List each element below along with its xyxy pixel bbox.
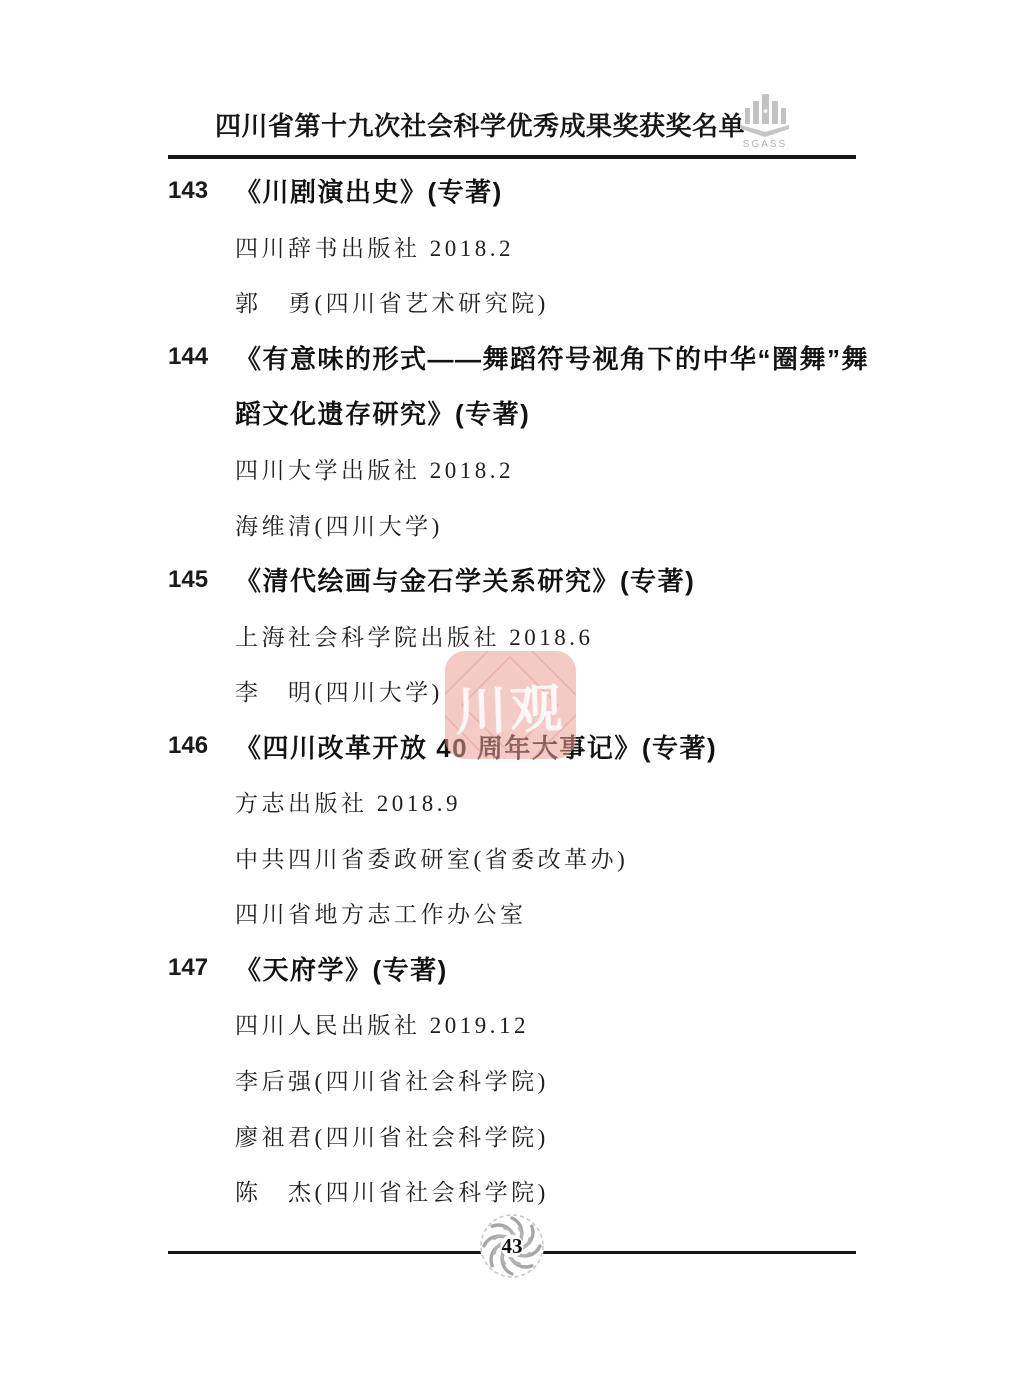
author-line: 李 明(四川大学) (235, 674, 443, 707)
entry-title: 《天府学》(专著) (235, 950, 448, 987)
author-line: 陈 杰(四川省社会科学院) (235, 1174, 549, 1207)
publisher-line: 四川大学出版社 2018.2 (235, 452, 514, 485)
entry-number: 145 (168, 566, 208, 594)
entry-detail-row: 方志出版社 2018.9 (0, 774, 1024, 830)
entry-title-row: 143 《川剧演出史》(专著) (0, 163, 1024, 219)
entry-title-continuation: 蹈文化遗存研究》(专著) (235, 394, 530, 431)
entry-number: 144 (168, 343, 208, 371)
entry-title-row: 144 《有意味的形式——舞蹈符号视角下的中华“圈舞”舞 (0, 330, 1024, 386)
entry-number: 143 (168, 177, 208, 205)
document-page: 四川省第十九次社会科学优秀成果奖获奖名单 SGASS 143 《川剧演出史》(专… (0, 0, 1024, 1380)
author-line: 四川省地方志工作办公室 (235, 896, 527, 929)
entry-title-row: 147 《天府学》(专著) (0, 941, 1024, 997)
entry-detail-row: 四川人民出版社 2019.12 (0, 996, 1024, 1052)
logo-caption: SGASS (736, 139, 794, 150)
author-line: 李后强(四川省社会科学院) (235, 1063, 549, 1096)
entry-detail-row: 四川辞书出版社 2018.2 (0, 219, 1024, 275)
author-line: 中共四川省委政研室(省委改革办) (235, 841, 628, 874)
publisher-logo: SGASS (736, 92, 794, 150)
watermark-stamp: 川观 (445, 651, 576, 759)
entry-number: 146 (168, 732, 208, 760)
page-title: 四川省第十九次社会科学优秀成果奖获奖名单 (168, 106, 792, 143)
entry-detail-row: 四川省地方志工作办公室 (0, 885, 1024, 941)
buildings-on-book-icon (736, 92, 794, 138)
entry-title: 《有意味的形式——舞蹈符号视角下的中华“圈舞”舞 (235, 339, 869, 376)
entry-detail-row: 中共四川省委政研室(省委改革办) (0, 830, 1024, 886)
author-line: 郭 勇(四川省艺术研究院) (235, 285, 549, 318)
entry-detail-row: 海维清(四川大学) (0, 496, 1024, 552)
entry-detail-row: 郭 勇(四川省艺术研究院) (0, 274, 1024, 330)
author-line: 海维清(四川大学) (235, 508, 443, 541)
entry-number: 147 (168, 954, 208, 982)
publisher-line: 四川人民出版社 2019.12 (235, 1007, 529, 1040)
page-number: 43 (479, 1213, 545, 1279)
page-number-emblem: 43 (479, 1213, 545, 1279)
publisher-line: 方志出版社 2018.9 (235, 785, 461, 818)
entry-detail-row: 陈 杰(四川省社会科学院) (0, 1163, 1024, 1219)
author-line: 廖祖君(四川省社会科学院) (235, 1119, 549, 1152)
entry-title: 《清代绘画与金石学关系研究》(专著) (235, 561, 695, 598)
entry-detail-row: 四川大学出版社 2018.2 (0, 441, 1024, 497)
entry-title-continuation-row: 蹈文化遗存研究》(专著) (0, 385, 1024, 441)
entry-detail-row: 廖祖君(四川省社会科学院) (0, 1107, 1024, 1163)
entry-title: 《川剧演出史》(专著) (235, 172, 503, 209)
watermark-text: 川观 (454, 666, 567, 745)
publisher-line: 四川辞书出版社 2018.2 (235, 230, 514, 263)
entry-title-row: 145 《清代绘画与金石学关系研究》(专著) (0, 552, 1024, 608)
publisher-line: 上海社会科学院出版社 2018.6 (235, 619, 594, 652)
entry-detail-row: 李后强(四川省社会科学院) (0, 1052, 1024, 1108)
header-rule (168, 155, 856, 159)
